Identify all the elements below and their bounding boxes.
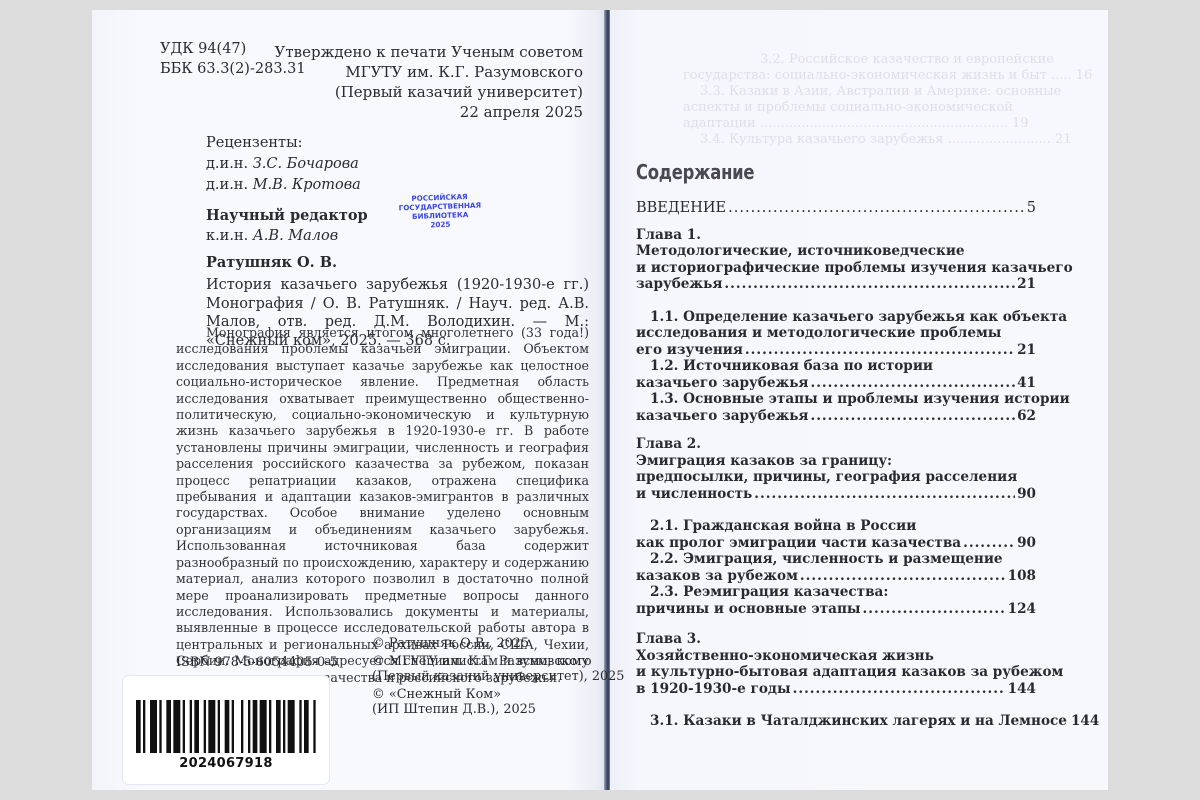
reviewer-name: М.В. Кротова (253, 177, 361, 193)
toc-section: 2.3. Реэмиграция казачества:причины и ос… (636, 584, 1036, 617)
toc-section-title-line: 1.2. Источниковая база по истории (636, 358, 1036, 375)
toc-chapter: Глава 3.Хозяйственно-экономическая жизнь… (636, 631, 1036, 730)
toc-section-title-line: 2.1. Гражданская война в России (636, 518, 1036, 535)
reviewers-block: Рецензенты: д.и.н. З.С. Бочарова д.и.н. … (206, 133, 361, 196)
toc-page-number: 62 (1017, 408, 1036, 425)
toc-section-entry: 3.1. Казаки в Чаталджинских лагерях и на… (636, 713, 1036, 730)
bleed-through-text: 3.4. Культура казачьего зарубежья ......… (700, 132, 1072, 148)
toc-leader-dots (745, 342, 1015, 359)
copyright-entry: © МГУТУ им. К.Г. Разумовского (Первый ка… (372, 654, 624, 685)
toc-chapter-entry: в 1920-1930-е годы144 (636, 681, 1036, 698)
toc-entry-label: и численность (636, 486, 752, 503)
table-of-contents: ВВЕДЕНИЕ5Глава 1.Методологические, источ… (636, 200, 1036, 744)
toc-leader-dots (963, 535, 1015, 552)
toc-chapter-title-line: и культурно-бытовая адаптация казаков за… (636, 664, 1036, 681)
toc-title: Содержание (636, 160, 754, 184)
toc-leader-dots (863, 601, 1006, 618)
toc-page-number: 21 (1017, 342, 1036, 359)
toc-page-number: 108 (1008, 568, 1036, 585)
toc-chapter-title-line: предпосылки, причины, география расселен… (636, 469, 1036, 486)
toc-page-number: 90 (1017, 486, 1036, 503)
toc-page-number: 90 (1017, 535, 1036, 552)
approval-block: Утверждено к печати Ученым советом МГУТУ… (263, 42, 583, 122)
toc-chapter-number: Глава 2. (636, 436, 1036, 453)
toc-chapter: Глава 1.Методологические, источниковедче… (636, 227, 1036, 425)
scientific-editor-block: Научный редактор к.и.н. А.В. Малов (206, 205, 368, 247)
author-heading: Ратушняк О. В. (206, 254, 589, 272)
toc-page-number: 41 (1017, 375, 1036, 392)
bleed-through-text: адаптации ..............................… (683, 116, 1029, 132)
toc-leader-dots (754, 486, 1015, 503)
toc-section-entry: как пролог эмиграции части казачества90 (636, 535, 1036, 552)
toc-leader-dots (793, 681, 1006, 698)
isbn: ISBN 978-5-6054405-0-5 (176, 657, 338, 670)
toc-page-number: 5 (1027, 200, 1036, 217)
toc-sections: 2.1. Гражданская война в Россиикак проло… (636, 518, 1036, 617)
toc-page-number: 124 (1008, 601, 1036, 618)
toc-section-entry: его изучения21 (636, 342, 1036, 359)
toc-chapter-number: Глава 3. (636, 631, 1036, 648)
toc-entry-label: в 1920-1930-е годы (636, 681, 791, 698)
toc-entry-label: казачьего зарубежья (636, 408, 808, 425)
toc-entry-label: ВВЕДЕНИЕ (636, 200, 726, 217)
toc-section: 3.1. Казаки в Чаталджинских лагерях и на… (636, 713, 1036, 730)
toc-page-number: 21 (1017, 276, 1036, 293)
toc-chapter-title-line: Методологические, источниковедческие (636, 243, 1036, 260)
toc-chapter-entry: и численность90 (636, 486, 1036, 503)
reviewer: д.и.н. М.В. Кротова (206, 175, 361, 196)
copyright-entry: © Ратушняк О.В., 2025 (372, 636, 624, 652)
udk-code: УДК 94(47) (160, 42, 246, 57)
toc-section-title-line: 2.3. Реэмиграция казачества: (636, 584, 1036, 601)
toc-entry-label: казачьего зарубежья (636, 375, 808, 392)
approval-line: (Первый казачий университет) (263, 82, 583, 102)
bleed-through-text: 3.3. Казаки в Азии, Австралии и Америке:… (700, 84, 1061, 100)
approval-line: Утверждено к печати Ученым советом (263, 42, 583, 62)
barcode-number: 2024067918 (123, 756, 329, 771)
abstract-text: Монография является итогом многолетнего … (176, 325, 589, 685)
toc-leader-dots (800, 568, 1006, 585)
toc-sections: 3.1. Казаки в Чаталджинских лагерях и на… (636, 713, 1036, 730)
toc-entry-introduction: ВВЕДЕНИЕ5 (636, 200, 1036, 217)
toc-section-title-line: 1.1. Определение казачьего зарубежья как… (636, 309, 1036, 326)
toc-section: 1.1. Определение казачьего зарубежья как… (636, 309, 1036, 359)
toc-section-entry: причины и основные этапы124 (636, 601, 1036, 618)
abstract: Монография является итогом многолетнего … (176, 325, 589, 686)
toc-chapter-title-line: Эмиграция казаков за границу: (636, 453, 1036, 470)
toc-chapter-entry: зарубежья21 (636, 276, 1036, 293)
reviewer: д.и.н. З.С. Бочарова (206, 154, 361, 175)
toc-section-title-line: исследования и методологические проблемы (636, 325, 1036, 342)
copyright-entry: © «Снежный Ком» (ИП Штепин Д.В.), 2025 (372, 687, 624, 718)
library-stamp: РОССИЙСКАЯ ГОСУДАРСТВЕННАЯ БИБЛИОТЕКА 20… (391, 191, 488, 230)
toc-entry-label: казаков за рубежом (636, 568, 798, 585)
toc-leader-dots (810, 375, 1015, 392)
bleed-through-text: государства: социально-экономическая жиз… (683, 68, 1092, 84)
toc-entry-label: зарубежья (636, 276, 722, 293)
toc-chapter-title-line: и историографические проблемы изучения к… (636, 260, 1036, 277)
toc-sections: 1.1. Определение казачьего зарубежья как… (636, 309, 1036, 425)
toc-entry-label: 3.1. Казаки в Чаталджинских лагерях и на… (636, 713, 1067, 730)
scientific-editor-label: Научный редактор (206, 205, 368, 226)
reviewer-name: З.С. Бочарова (253, 156, 359, 172)
toc-section-entry: казаков за рубежом108 (636, 568, 1036, 585)
reviewers-label: Рецензенты: (206, 133, 361, 154)
toc-section-title-line: 1.3. Основные этапы и проблемы изучения … (636, 391, 1036, 408)
toc-section-entry: казачьего зарубежья62 (636, 408, 1036, 425)
barcode-icon (136, 700, 318, 753)
toc-section: 1.3. Основные этапы и проблемы изучения … (636, 391, 1036, 424)
toc-leader-dots (810, 408, 1015, 425)
toc-section: 2.2. Эмиграция, численность и размещение… (636, 551, 1036, 584)
toc-leader-dots (724, 276, 1015, 293)
copyrights: © Ратушняк О.В., 2025 © МГУТУ им. К.Г. Р… (372, 636, 624, 720)
bleed-through-text: аспекты и проблемы социально-экономическ… (683, 100, 1013, 116)
toc-page-number: 144 (1008, 681, 1036, 698)
barcode-label: 2024067918 (123, 676, 329, 784)
approval-line: МГУТУ им. К.Г. Разумовского (263, 62, 583, 82)
scientific-editor-name: А.В. Малов (253, 228, 338, 244)
toc-chapter: Глава 2.Эмиграция казаков за границу:пре… (636, 436, 1036, 617)
toc-entry-label: причины и основные этапы (636, 601, 861, 618)
toc-page-number: 144 (1071, 713, 1099, 730)
bleed-through-text: 3.2. Российское казачество и европейские (760, 52, 1054, 68)
toc-chapter-title-line: Хозяйственно-экономическая жизнь (636, 648, 1036, 665)
toc-section-title-line: 2.2. Эмиграция, численность и размещение (636, 551, 1036, 568)
toc-section-entry: казачьего зарубежья41 (636, 375, 1036, 392)
toc-entry-label: его изучения (636, 342, 743, 359)
toc-leader-dots (728, 200, 1025, 217)
toc-section: 2.1. Гражданская война в Россиикак проло… (636, 518, 1036, 551)
toc-chapter-number: Глава 1. (636, 227, 1036, 244)
approval-date: 22 апреля 2025 (263, 102, 583, 122)
toc-section: 1.2. Источниковая база по историиказачье… (636, 358, 1036, 391)
toc-entry-label: как пролог эмиграции части казачества (636, 535, 961, 552)
scientific-editor: к.и.н. А.В. Малов (206, 226, 368, 247)
